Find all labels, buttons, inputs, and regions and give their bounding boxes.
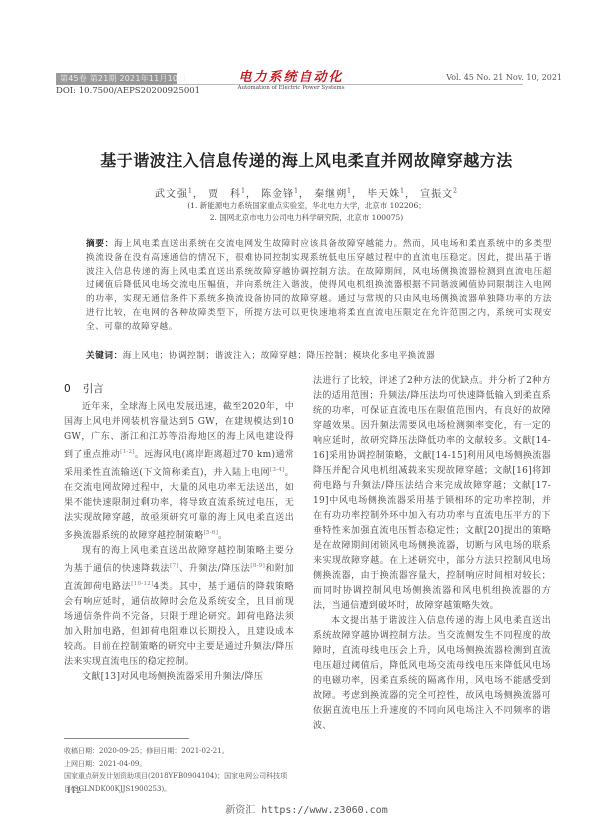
volume-info: Vol. 45 No. 21 Nov. 10, 2021 — [446, 73, 562, 82]
citation[interactable]: [8-9] — [250, 563, 265, 569]
paragraph: 法进行了比较，评述了2种方法的优缺点。并分析了2种方法的适用范围；升频法/降压法… — [313, 374, 551, 614]
abstract: 摘要：海上风电柔直送出系统在交流电网发生故障时应该具备故障穿越能力。然而，风电场… — [86, 238, 552, 335]
section-title: 引言 — [83, 383, 104, 395]
citation[interactable]: [5-6] — [204, 530, 219, 536]
paragraph: 文献[13]对风电场侧换流器采用升频法/降压 — [64, 670, 294, 685]
page-number: 112 — [66, 786, 81, 795]
paragraph: 近年来，全球海上风电发展迅速，截至2020年，中国海上风电并网装机容量达到5 G… — [64, 400, 294, 544]
author: 毕天姝1 — [367, 189, 405, 200]
footnote-funding: 国家重点研发计划资助项目(2018YFB0904104)；国家电网公司科技项目(… — [64, 770, 294, 795]
watermark: 新资汇 https://www.z3060.com — [0, 801, 613, 816]
citation[interactable]: [7] — [170, 563, 179, 569]
author: 宣振文2 — [420, 189, 458, 200]
paragraph: 本文提出基于谐波注入信息传递的海上风电柔直送出系统故障穿越协调控制方法。当交流侧… — [313, 614, 551, 734]
citation[interactable]: [10-12] — [131, 581, 153, 587]
journal-header: 第45卷 第21期 2021年11月10日 DOI: 10.7500/AEPS2… — [56, 73, 562, 99]
affiliation: (1. 新能源电力系统国家重点实验室，华北电力大学，北京市 102206； — [0, 200, 613, 211]
journal-logo: 电力系统自动化 Automation of Electric Power Sys… — [216, 70, 366, 92]
citation[interactable]: [3-4] — [270, 467, 285, 473]
author-list: 武文强1， 贾 科1， 陈金锋1， 秦继朔1， 毕天姝1， 宣振文2 — [0, 185, 613, 200]
affiliation: 2. 国网北京市电力公司电力科学研究院，北京市 100075) — [0, 212, 613, 223]
author: 秦继朔1 — [314, 189, 352, 200]
author: 贾 科1 — [208, 189, 246, 200]
journal-name-en: Automation of Electric Power Systems — [216, 85, 366, 92]
body-column-left: 近年来，全球海上风电发展迅速，截至2020年，中国海上风电并网装机容量达到5 G… — [64, 400, 294, 685]
doi[interactable]: DOI: 10.7500/AEPS20200925001 — [56, 86, 200, 96]
issue-badge: 第45卷 第21期 2021年11月10日 — [56, 73, 177, 85]
citation[interactable]: [1-2] — [120, 449, 135, 455]
keywords-label: 关键词： — [86, 351, 123, 361]
abstract-label: 摘要： — [86, 239, 114, 249]
footnotes: 收稿日期：2020-09-25；修回日期：2021-02-21。 上网日期：20… — [64, 745, 294, 795]
keywords: 关键词：海上风电；协调控制；谐波注入；故障穿越；降压控制；模块化多电平换流器 — [86, 349, 552, 361]
section-number: 0 — [64, 383, 71, 395]
author: 武文强1 — [155, 189, 193, 200]
paragraph: 现有的海上风电柔直送出故障穿越控制策略主要分为基于通信的快速降载法[7]、升频法… — [64, 544, 294, 670]
footnote-received: 收稿日期：2020-09-25；修回日期：2021-02-21。 — [64, 745, 294, 758]
abstract-text: 海上风电柔直送出系统在交流电网发生故障时应该具备故障穿越能力。然而，风电场和柔直… — [86, 239, 552, 332]
footnote-divider — [64, 738, 189, 739]
paper-title: 基于谐波注入信息传递的海上风电柔直并网故障穿越方法 — [0, 148, 613, 171]
keywords-text: 海上风电；协调控制；谐波注入；故障穿越；降压控制；模块化多电平换流器 — [123, 351, 436, 361]
author: 陈金锋1 — [261, 189, 299, 200]
body-column-right: 法进行了比较，评述了2种方法的优缺点。并分析了2种方法的适用范围；升频法/降压法… — [313, 374, 551, 734]
journal-name-cn: 电力系统自动化 — [216, 70, 366, 85]
section-heading: 0引言 — [64, 381, 104, 396]
footnote-online: 上网日期：2021-04-09。 — [64, 758, 294, 771]
